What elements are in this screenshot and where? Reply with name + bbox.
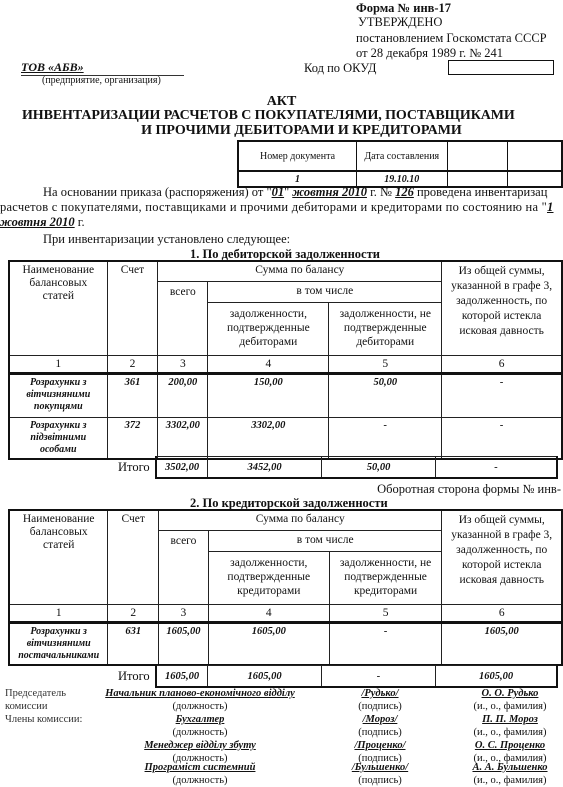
row-account[interactable]: 361 [107,374,158,418]
table-row: Розрахунки з вітчизняними постачальникам… [9,623,562,666]
name-caption: (и., о., фамилия) [460,775,560,786]
col-number: 5 [329,356,442,374]
row-unconfirmed[interactable]: - [329,418,442,460]
row-confirmed[interactable]: 3302,00 [208,418,329,460]
row-confirmed[interactable]: 1605,00 [208,623,329,666]
chairman-signature[interactable]: /Рудько/ [340,688,420,699]
intro-paragraph-line2: расчетов с покупателями, поставщиками и … [0,200,554,215]
col-number: 1 [9,356,107,374]
chairman-name[interactable]: О. О. Рудько [460,688,560,699]
receivables-totals: 3502,00 3452,00 50,00 - [155,456,558,479]
chairman-position[interactable]: Начальник планово-економічного відділу [100,688,300,699]
row-unconfirmed[interactable]: - [329,623,442,666]
col-number: 5 [329,605,442,623]
col-total-header: всего [158,282,208,356]
row-total[interactable]: 200,00 [158,374,208,418]
col-number: 6 [442,605,562,623]
row-account[interactable]: 372 [107,418,158,460]
member3-signature[interactable]: /Бульшенко/ [340,762,420,773]
totals-expired[interactable]: 1605,00 [436,666,558,688]
totals-confirmed[interactable]: 1605,00 [208,666,322,688]
intro-text: проведена инвентаризац [414,185,548,199]
chairman-label: Председатель [5,688,66,699]
row-name[interactable]: Розрахунки з вітчизняними постачальникам… [9,623,108,666]
intro-text: На основании приказа (распоряжения) от " [43,185,272,199]
findings-intro: При инвентаризации установлено следующее… [43,232,290,247]
order-month-year[interactable]: жовтня 2010 [292,185,367,199]
name-caption: (и., о., фамилия) [460,727,560,738]
payables-table: Наименование балансовых статей Счет Сумм… [8,509,563,666]
form-number: Форма № инв-17 [356,1,451,16]
name-caption: (и., о., фамилия) [460,701,560,712]
col-number: 4 [208,356,329,374]
member3-position[interactable]: Програміст системний [100,762,300,773]
doc-number-header: Номер документа [238,141,357,171]
member2-position[interactable]: Менеджер відділу збуту [100,740,300,751]
approved-label: УТВЕРЖДЕНО [358,15,442,30]
state-month-year[interactable]: жовтня 2010 [0,215,75,229]
state-day[interactable]: 1 [547,200,554,214]
row-confirmed[interactable]: 150,00 [208,374,329,418]
doc-extra-header-1 [447,141,507,171]
col-balance-header: Сумма по балансу [158,261,442,282]
doc-date-header: Дата составления [357,141,447,171]
col-total-header: всего [158,531,208,605]
totals-unconfirmed[interactable]: 50,00 [322,457,436,479]
document-subtitle-line2: И ПРОЧИМИ ДЕБИТОРАМИ И КРЕДИТОРАМИ [0,123,563,139]
organization-name[interactable]: ТОВ «АБВ» [21,60,184,76]
payables-totals: 1605,00 1605,00 - 1605,00 [155,665,558,688]
col-expired-header: Из общей суммы, указанной в графе 3, зад… [442,510,562,605]
col-name-header: Наименование балансовых статей [9,510,108,605]
order-number[interactable]: 126 [395,185,414,199]
totals-label: Итого [118,669,150,684]
totals-expired[interactable]: - [436,457,558,479]
approved-date: от 28 декабря 1989 г. № 241 [356,46,503,61]
approved-by: постановлением Госкомстата СССР [356,31,547,46]
totals-confirmed[interactable]: 3452,00 [208,457,322,479]
row-total[interactable]: 3302,00 [158,418,208,460]
col-account-header: Счет [107,261,158,356]
signature-caption: (подпись) [340,701,420,712]
totals-unconfirmed[interactable]: - [322,666,436,688]
col-number: 1 [9,605,108,623]
row-name[interactable]: Розрахунки з вітчизняними покупцями [9,374,107,418]
member1-position[interactable]: Бухгалтер [100,714,300,725]
row-account[interactable]: 631 [108,623,159,666]
col-including-header: в том числе [208,531,442,552]
intro-paragraph-line1: На основании приказа (распоряжения) от "… [43,185,547,200]
intro-text: г. [75,215,85,229]
col-number: 6 [442,356,562,374]
col-number: 4 [208,605,329,623]
member3-name[interactable]: А. А. Бульшенко [460,762,560,773]
col-account-header: Счет [108,510,159,605]
position-caption: (должность) [100,701,300,712]
okud-field[interactable] [448,60,554,75]
receivables-table: Наименование балансовых статей Счет Сумм… [8,260,563,460]
col-unconfirmed-header: задолженности, не подтвержденные кредито… [329,552,442,605]
col-confirmed-header: задолженности, подтвержденные дебиторами [208,303,329,356]
row-expired[interactable]: - [442,418,562,460]
document-number-table: Номер документа Дата составления 1 19.10… [237,140,563,188]
col-number: 3 [158,356,208,374]
chairman-label-cont: комиссии [5,701,47,712]
intro-paragraph-line3: жовтня 2010 г. [0,215,85,230]
signature-caption: (подпись) [340,727,420,738]
reverse-side-label: Оборотная сторона формы № инв- [377,482,561,497]
col-balance-header: Сумма по балансу [158,510,441,531]
position-caption: (должность) [100,775,300,786]
organization-caption: (предприятие, организация) [42,75,161,86]
position-caption: (должность) [100,727,300,738]
row-expired[interactable]: 1605,00 [442,623,562,666]
row-expired[interactable]: - [442,374,562,418]
col-confirmed-header: задолженности, подтвержденные кредиторам… [208,552,329,605]
col-number: 3 [158,605,208,623]
member2-signature[interactable]: /Проценко/ [340,740,420,751]
members-label: Члены комиссии: [5,714,82,725]
row-name[interactable]: Розрахунки з підзвітними особами [9,418,107,460]
col-expired-header: Из общей суммы, указанной в графе 3, зад… [442,261,562,356]
signature-caption: (подпись) [340,775,420,786]
member1-signature[interactable]: /Мороз/ [340,714,420,725]
table-row: Розрахунки з підзвітними особами 372 330… [9,418,562,460]
row-total[interactable]: 1605,00 [158,623,208,666]
col-including-header: в том числе [208,282,442,303]
totals-label: Итого [118,460,150,475]
order-day[interactable]: 01 [272,185,285,199]
totals-total[interactable]: 3502,00 [156,457,208,479]
table-row: Розрахунки з вітчизняними покупцями 361 … [9,374,562,418]
row-unconfirmed[interactable]: 50,00 [329,374,442,418]
okud-label: Код по ОКУД [304,61,376,76]
intro-text: расчетов с покупателями, поставщиками и … [0,200,547,214]
member2-name[interactable]: О. С. Проценко [460,740,560,751]
col-unconfirmed-header: задолженности, не подтвержденные дебитор… [329,303,442,356]
intro-text: г. № [367,185,395,199]
doc-extra-header-2 [507,141,562,171]
col-name-header: Наименование балансовых статей [9,261,107,356]
member1-name[interactable]: П. П. Мороз [460,714,560,725]
document-subtitle-line1: ИНВЕНТАРИЗАЦИИ РАСЧЕТОВ С ПОКУПАТЕЛЯМИ, … [0,108,563,124]
col-number: 2 [107,356,158,374]
totals-total[interactable]: 1605,00 [156,666,208,688]
col-number: 2 [108,605,159,623]
